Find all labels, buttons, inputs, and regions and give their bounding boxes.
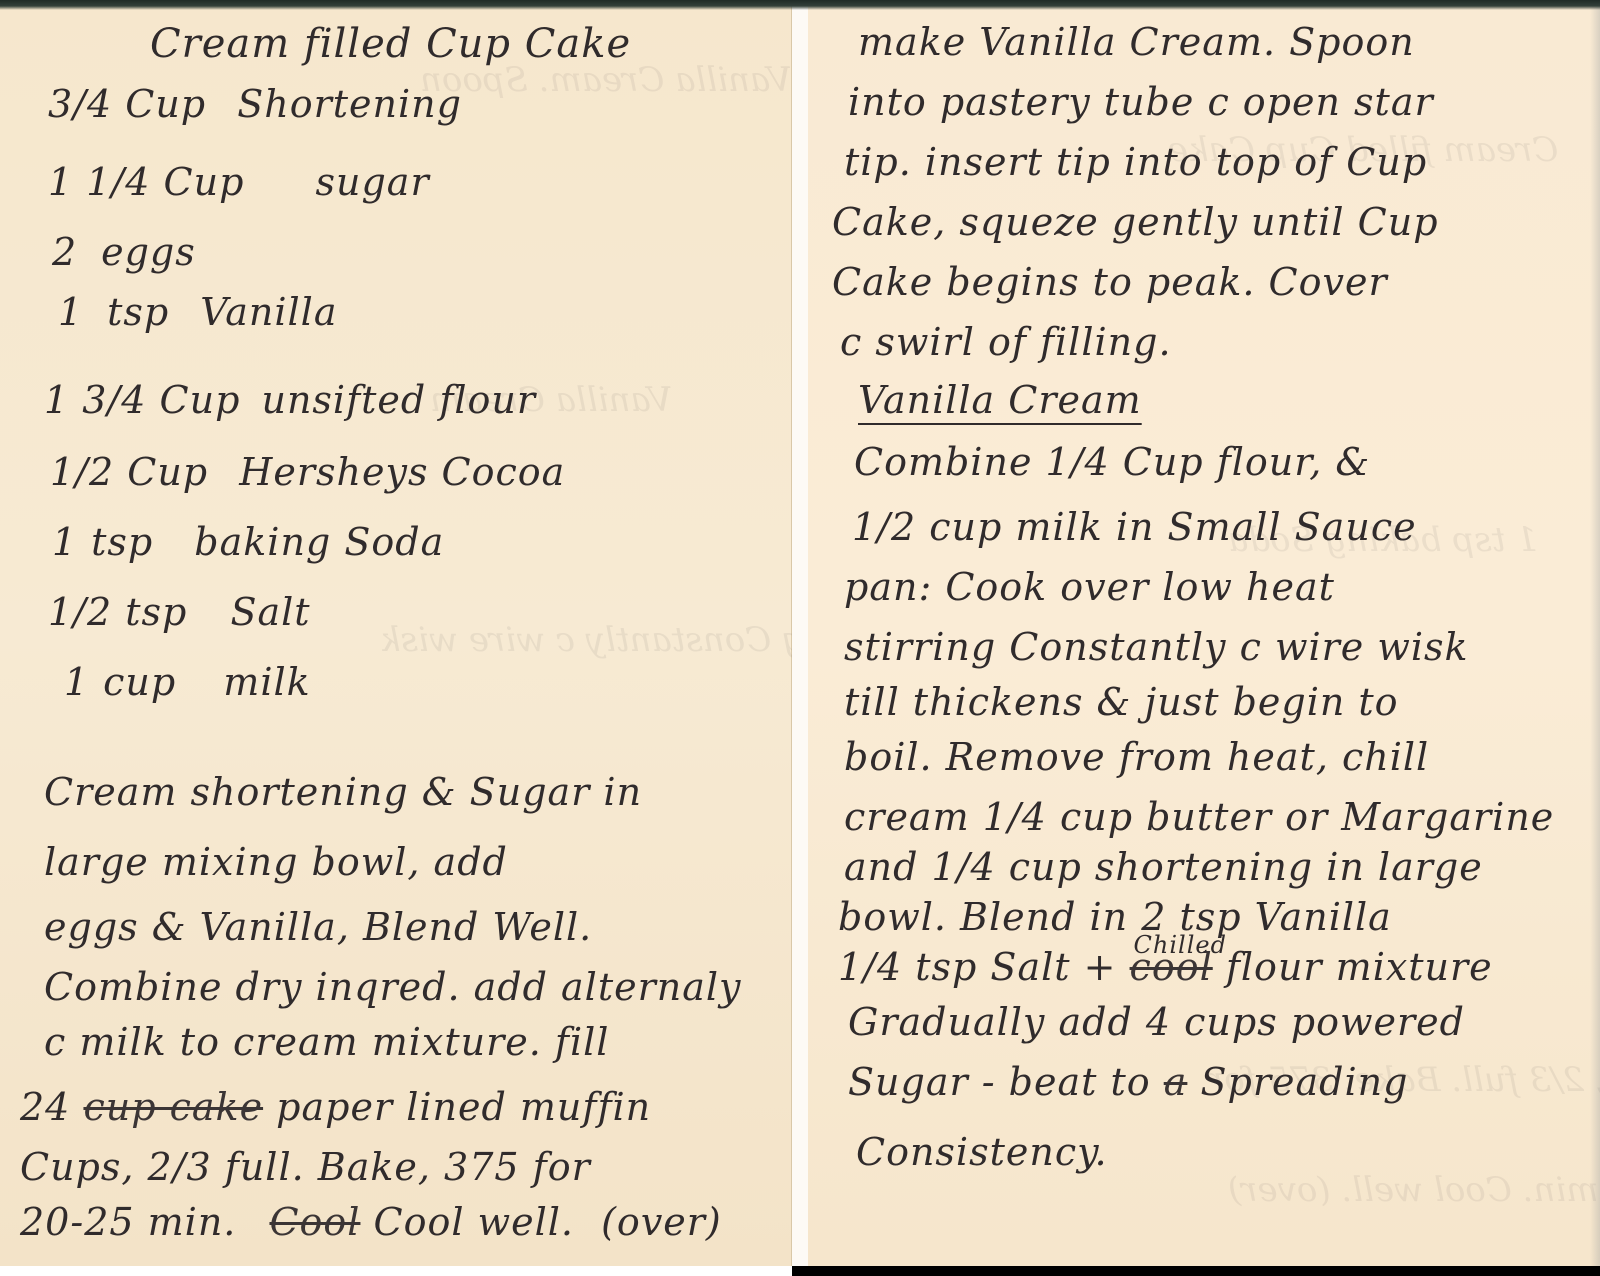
ingredient-unit: Cup (127, 450, 208, 494)
cream-direction-line: and 1/4 cup shortening in large (844, 845, 1483, 889)
scan-bottom-edge (792, 1266, 1600, 1276)
ingredient-unit: Cup (125, 82, 206, 126)
ingredient-item: sugar (315, 160, 429, 204)
direction-line: eggs & Vanilla, Blend Well. (44, 905, 592, 949)
ingredient-qty: 1 3/4 (44, 378, 146, 422)
inserted-word: Chilled (1134, 923, 1227, 967)
assembly-line: Cake begins to peak. Cover (832, 260, 1388, 304)
direction-line: Cups, 2/3 full. Bake, 375 for (20, 1145, 591, 1189)
crossed-out-text: cup cake (83, 1085, 263, 1129)
assembly-line: into pastery tube c open star (848, 80, 1434, 124)
text-segment: flour mixture (1226, 945, 1493, 989)
crossed-out-text: Cool (269, 1200, 360, 1244)
recipe-card-front: make Vanilla Cream. Spoon Vanilla Cream … (0, 0, 792, 1266)
ingredient-qty: 3/4 (48, 82, 112, 126)
ingredient-row: 1 tsp Vanilla (58, 290, 338, 334)
ingredient-row: 1 tsp baking Soda (52, 520, 444, 564)
ingredient-row: 1 1/4 Cup sugar (48, 160, 430, 204)
ingredient-row: 1/2 Cup Hersheys Cocoa (50, 450, 565, 494)
direction-line: large mixing bowl, add (44, 840, 508, 884)
ingredient-qty: 1 1/4 (48, 160, 150, 204)
direction-line: Combine dry inqred. add alternaly (44, 965, 742, 1009)
ingredient-item: Shortening (237, 82, 462, 126)
ingredient-item: baking Soda (194, 520, 444, 564)
recipe-title: Cream filled Cup Cake (150, 22, 631, 66)
cream-direction-line: Combine 1/4 Cup flour, & (854, 440, 1370, 484)
ingredient-qty: 2 (52, 230, 88, 274)
ingredient-qty: 1/2 (50, 450, 114, 494)
text-segment: 24 (20, 1085, 70, 1129)
ingredient-item: eggs (101, 230, 196, 274)
ingredient-unit: Cup (164, 160, 245, 204)
assembly-line: c swirl of filling. (840, 320, 1172, 364)
text-segment: Sugar - beat to (848, 1060, 1151, 1104)
card-gutter (792, 0, 808, 1276)
assembly-line: tip. insert tip into top of Cup (844, 140, 1427, 184)
recipe-card-back: Cream filled Cup Cake 1 tsp baking Soda … (808, 0, 1600, 1266)
ingredient-unit: Cup (160, 378, 241, 422)
ingredient-qty: 1 (52, 520, 78, 564)
scan-top-edge (0, 0, 1600, 10)
cream-direction-line: Consistency. (856, 1130, 1108, 1174)
direction-line: Cream shortening & Sugar in (44, 770, 642, 814)
cream-direction-line: stirring Constantly c wire wisk (844, 625, 1469, 669)
over-note: (over) (601, 1200, 722, 1244)
text-segment: Cool well. (374, 1200, 574, 1244)
cream-direction-line: 1/2 cup milk in Small Sauce (852, 505, 1417, 549)
bleed-through-text: 20-25 min. Cool well. (over) (1228, 1170, 1600, 1210)
cream-direction-line: boil. Remove from heat, chill (844, 735, 1429, 779)
ingredient-item: unsifted flour (261, 378, 536, 422)
ingredient-item: Vanilla (200, 290, 337, 334)
ingredient-item: Hersheys Cocoa (239, 450, 565, 494)
ingredient-row: 3/4 Cup Shortening (48, 82, 462, 126)
ingredient-qty: 1/2 (48, 590, 112, 634)
ingredient-unit: tsp (107, 290, 169, 334)
direction-line: c milk to cream mixture. fill (44, 1020, 609, 1064)
text-segment: paper lined muffin (276, 1085, 651, 1129)
text-segment: 1/4 tsp Salt + (838, 945, 1116, 989)
ingredient-unit: tsp (91, 520, 153, 564)
ingredient-row: 1/2 tsp Salt (48, 590, 311, 634)
scan-edge-shadow (1590, 0, 1600, 1266)
cream-direction-line: pan: Cook over low heat (844, 565, 1335, 609)
cream-direction-line: bowl. Blend in 2 tsp Vanilla (838, 895, 1392, 939)
ingredient-unit: tsp (125, 590, 187, 634)
cream-direction-line: 1/4 tsp Salt + Chilled cool flour mixtur… (838, 945, 1493, 989)
ingredient-item: milk (223, 660, 310, 704)
direction-line: 20-25 min. Cool Cool well. (over) (20, 1200, 722, 1244)
text-segment: Spreading (1200, 1060, 1408, 1104)
ingredient-qty: 1 (64, 660, 90, 704)
direction-line: 24 cup cake paper lined muffin (20, 1085, 651, 1129)
ingredient-row: 2 eggs (52, 230, 196, 274)
crossed-out-text: a (1164, 1060, 1188, 1104)
text-segment: 20-25 min. (20, 1200, 236, 1244)
cream-direction-line: cream 1/4 cup butter or Margarine (844, 795, 1554, 839)
ingredient-unit: cup (103, 660, 176, 704)
cream-direction-line: Sugar - beat to a Spreading (848, 1060, 1408, 1104)
ingredient-row: 1 cup milk (64, 660, 311, 704)
ingredient-qty: 1 (58, 290, 94, 334)
ingredient-row: 1 3/4 Cup unsifted flour (44, 378, 536, 422)
section-subtitle: Vanilla Cream (858, 378, 1142, 422)
cream-direction-line: Gradually add 4 cups powered (848, 1000, 1465, 1044)
assembly-line: Cake, squeze gently until Cup (832, 200, 1439, 244)
ingredient-item: Salt (230, 590, 310, 634)
cream-direction-line: till thickens & just begin to (844, 680, 1399, 724)
assembly-line: make Vanilla Cream. Spoon (858, 20, 1415, 64)
